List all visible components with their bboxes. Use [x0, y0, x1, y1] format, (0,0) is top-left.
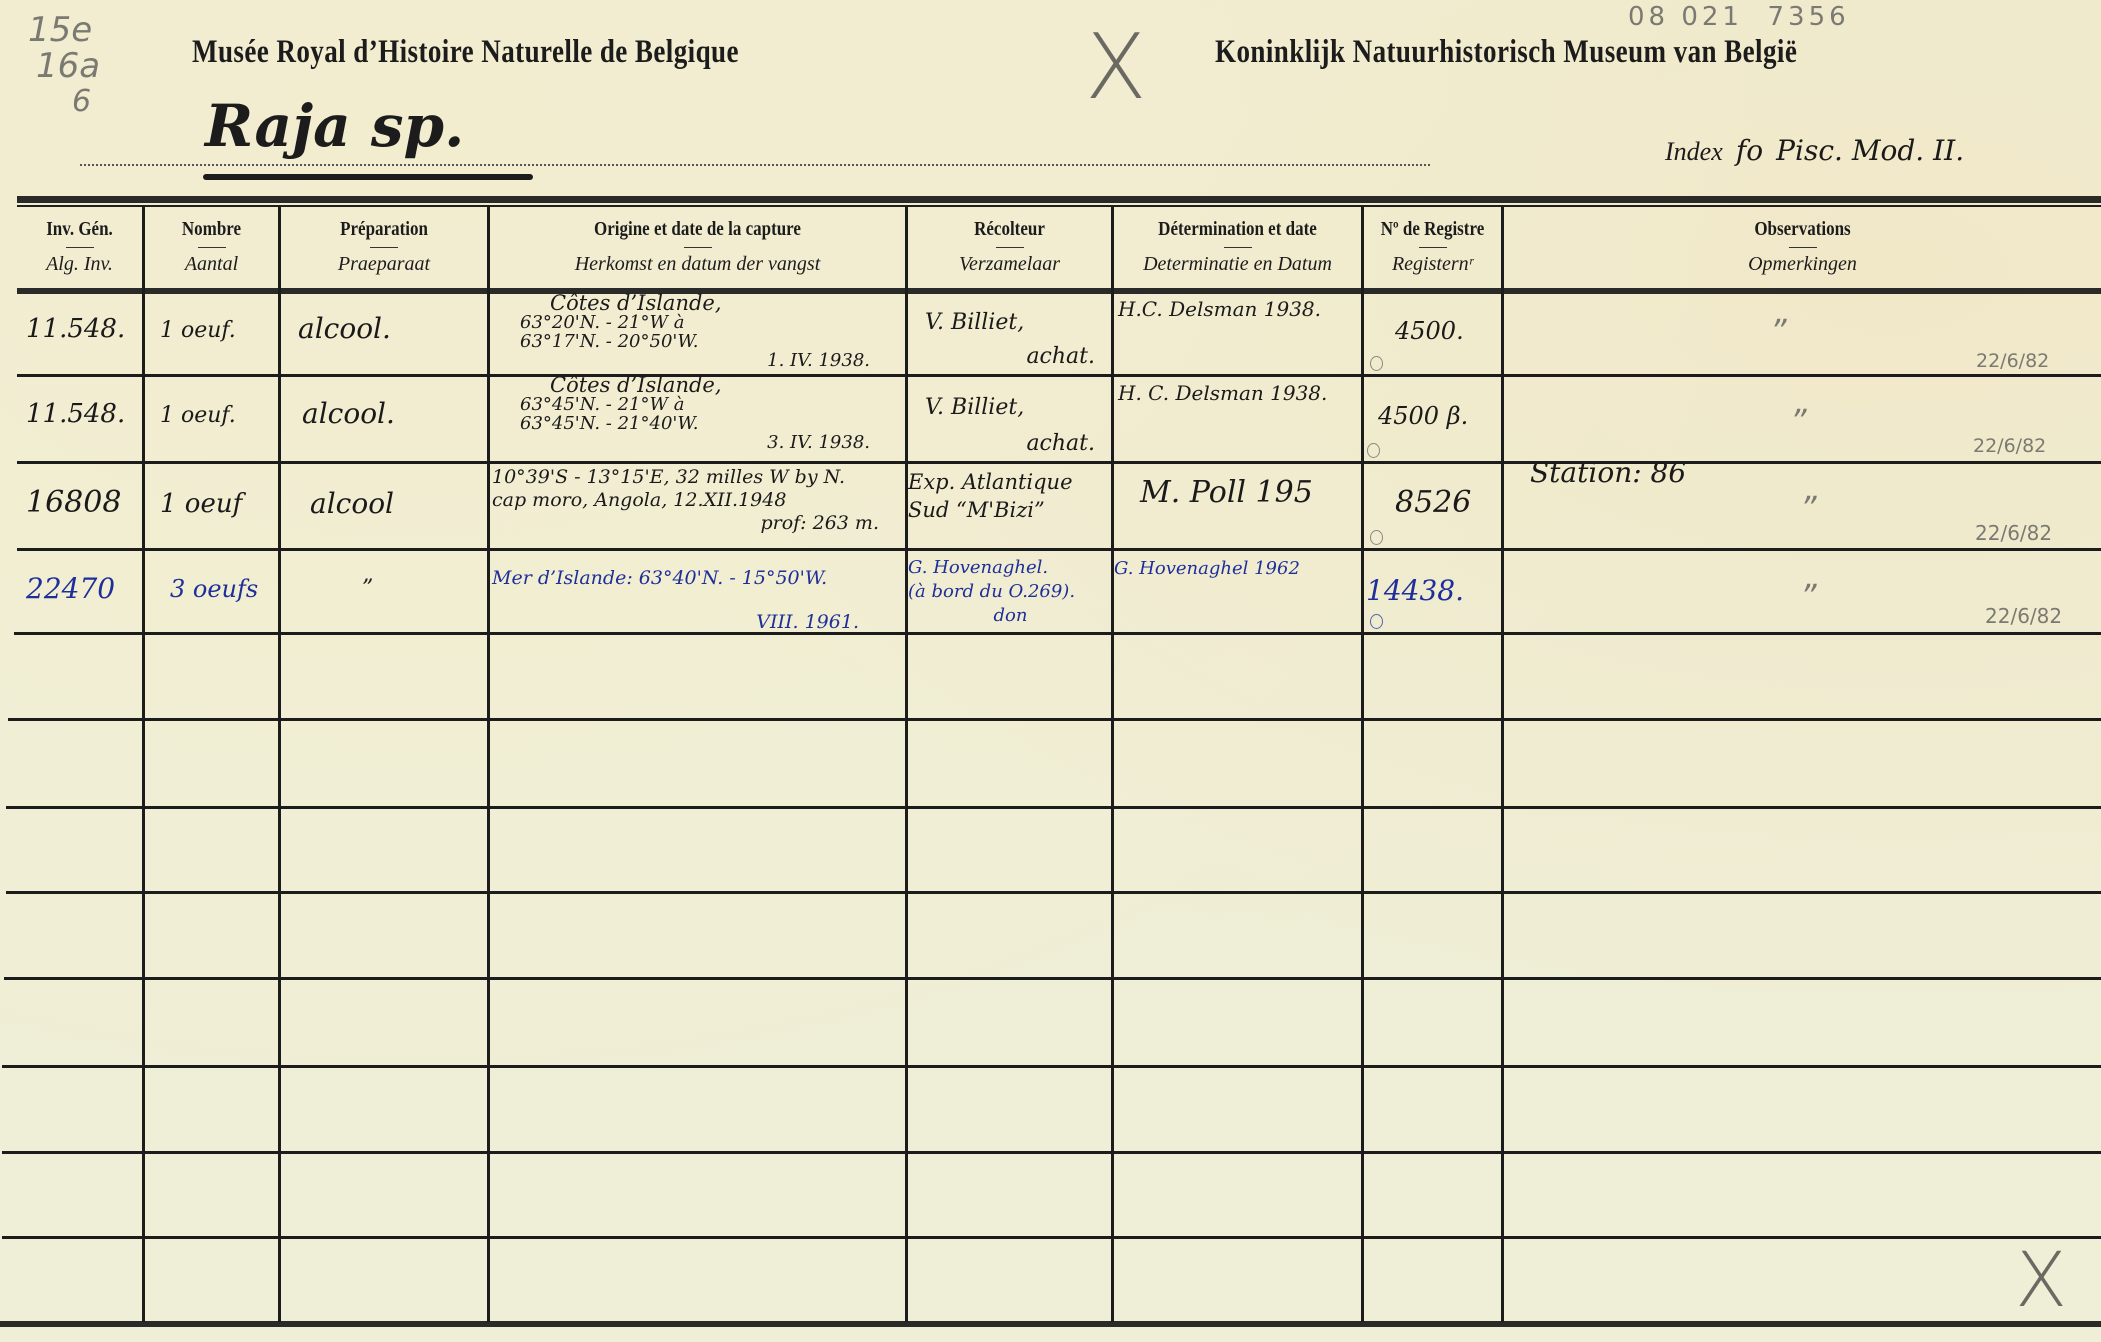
row-divider: [14, 632, 2101, 635]
row4-nombre: 3 oeufs: [170, 578, 258, 600]
column-header-nl: Praeparaat: [281, 253, 487, 276]
recolteur-line: achat.: [925, 340, 1105, 374]
pencil-note-line-2: 16a: [36, 48, 100, 84]
row1-preparation: alcool.: [298, 318, 391, 340]
column-header-nl: Herkomst en datum der vangst: [490, 253, 905, 276]
row1-nombre: 1 oeuf.: [160, 320, 236, 342]
index-field: Index fo Pisc. Mod. II.: [1665, 134, 1964, 167]
header-dash: [1224, 247, 1252, 248]
column-header-origine: Origine et date de la capture Herkomst e…: [490, 218, 905, 276]
pencil-note-top-left: 15e 16a 6: [22, 12, 100, 120]
index-prefix: fo: [1736, 134, 1763, 167]
row-divider: [17, 548, 2101, 551]
row3-inv: 16808: [26, 492, 121, 514]
column-header-nl: Alg. Inv.: [17, 253, 142, 276]
cross-mark-top: X: [1085, 15, 1147, 120]
header-dash: [370, 247, 398, 248]
row3-check-date: 22/6/82: [1975, 522, 2052, 544]
column-divider: [1361, 207, 1364, 1322]
row3-nombre: 1 oeuf: [160, 493, 242, 515]
index-label: Index: [1665, 137, 1723, 166]
recolteur-line: Exp. Atlantique: [908, 468, 1113, 496]
index-value: Pisc. Mod. II.: [1776, 134, 1964, 167]
recolteur-line: V. Billiet,: [925, 306, 1105, 340]
row2-determination: H. C. Delsman 1938.: [1118, 382, 1327, 404]
row4-ditto: ”: [1800, 585, 1817, 607]
row2-recolteur: V. Billiet, achat.: [925, 390, 1105, 462]
column-divider: [1501, 207, 1504, 1322]
header-dash: [996, 247, 1024, 248]
origine-line: prof: 263 m.: [492, 512, 904, 535]
row4-registre: 14438.: [1366, 580, 1464, 602]
origine-line: 63°20'N. - 21°W à: [520, 313, 890, 332]
row-divider: [4, 977, 2101, 980]
row2-ditto: ”: [1790, 410, 1807, 432]
pencil-note-line-3: 6: [72, 84, 100, 120]
origine-line: Côtes d’Islande,: [550, 376, 890, 395]
row4-preparation: ”: [362, 578, 373, 600]
row-divider: [2, 1065, 2101, 1068]
origine-line: Mer d’Islande: 63°40'N. - 15°50'W.: [492, 556, 904, 600]
recolteur-line: G. Hovenaghel.: [908, 556, 1113, 580]
row1-ditto: ”: [1770, 320, 1787, 342]
recolteur-line: V. Billiet,: [925, 390, 1105, 426]
row-divider: [2, 1151, 2101, 1154]
column-header-observations: Observations Opmerkingen: [1504, 218, 2101, 276]
row2-check-date: 22/6/82: [1973, 435, 2046, 457]
origine-line: 63°45'N. - 21°W à: [520, 395, 890, 414]
row-divider: [17, 374, 2101, 377]
row3-determination: M. Poll 195: [1140, 482, 1313, 504]
column-header-nl: Opmerkingen: [1504, 253, 2101, 276]
origine-line: 1. IV. 1938.: [520, 351, 890, 370]
origine-line: 63°45'N. - 21°40'W.: [520, 414, 890, 433]
header-dash: [1789, 247, 1817, 248]
column-header-nl: Registernʳ: [1364, 253, 1501, 276]
column-divider: [142, 207, 145, 1322]
column-header-fr: Préparation: [296, 218, 471, 241]
column-header-recolteur: Récolteur Verzamelaar: [908, 218, 1111, 276]
origine-line: Côtes d’Islande,: [550, 294, 890, 313]
column-header-inv: Inv. Gén. Alg. Inv.: [17, 218, 142, 276]
species-name: Raja sp.: [205, 92, 464, 160]
header-dash: [684, 247, 712, 248]
table-top-rule: [17, 196, 2101, 203]
row2-origine: Côtes d’Islande, 63°45'N. - 21°W à 63°45…: [520, 376, 890, 452]
pencil-circle-mark: [1367, 443, 1380, 458]
column-header-fr: Détermination et date: [1133, 218, 1343, 241]
origine-line: 63°17'N. - 20°50'W.: [520, 332, 890, 351]
row4-inv: 22470: [26, 578, 115, 600]
header-dash: [198, 247, 226, 248]
origine-line: 10°39'S - 13°15'E, 32 milles W by N.: [492, 466, 904, 489]
row1-origine: Côtes d’Islande, 63°20'N. - 21°W à 63°17…: [520, 294, 890, 370]
row3-preparation: alcool: [310, 493, 394, 515]
row1-check-date: 22/6/82: [1976, 350, 2049, 372]
row-divider: [8, 718, 2101, 721]
origine-line: VIII. 1961.: [492, 600, 904, 644]
row3-recolteur: Exp. Atlantique Sud “M'Bizi”: [908, 468, 1113, 524]
column-header-fr: Récolteur: [923, 218, 1096, 241]
row3-origine: 10°39'S - 13°15'E, 32 milles W by N. cap…: [492, 466, 904, 535]
pencil-circle-mark: [1370, 356, 1383, 371]
header-dash: [66, 247, 94, 248]
column-divider: [905, 207, 908, 1322]
column-header-fr: Nombre: [155, 218, 268, 241]
row4-origine: Mer d’Islande: 63°40'N. - 15°50'W. VIII.…: [492, 556, 904, 644]
row2-inv: 11.548.: [26, 403, 125, 425]
row2-registre: 4500 β.: [1378, 405, 1468, 427]
column-header-nl: Determinatie en Datum: [1114, 253, 1361, 276]
column-divider: [1111, 207, 1114, 1322]
row4-determination: G. Hovenaghel 1962: [1114, 558, 1300, 580]
row1-determination: H.C. Delsman 1938.: [1118, 298, 1321, 320]
column-header-fr: Inv. Gén.: [26, 218, 132, 241]
pencil-circle-mark: [1370, 614, 1383, 629]
row-divider: [6, 891, 2101, 894]
species-dotted-line: [80, 164, 1430, 166]
table-bottom-rule: [0, 1321, 2101, 1327]
row3-registre: 8526: [1395, 492, 1471, 514]
column-header-fr: Observations: [1549, 218, 2056, 241]
column-header-determination: Détermination et date Determinatie en Da…: [1114, 218, 1361, 276]
recolteur-line: don: [908, 604, 1113, 628]
row2-nombre: 1 oeuf.: [160, 405, 236, 427]
column-header-nl: Verzamelaar: [908, 253, 1111, 276]
column-header-fr: Nº de Registre: [1374, 218, 1490, 241]
origine-line: cap moro, Angola, 12.XII.1948: [492, 489, 904, 512]
row3-observations: Station: 86: [1530, 462, 1686, 484]
header-bottom-rule: [17, 288, 2101, 294]
column-divider: [487, 207, 490, 1322]
row-divider: [2, 1236, 2101, 1239]
institution-title-nl: Koninklijk Natuurhistorisch Museum van B…: [1215, 34, 1797, 71]
row-divider: [6, 806, 2101, 809]
row1-inv: 11.548.: [26, 318, 125, 340]
pencil-catalog-number: 08 021 7356: [1628, 2, 1850, 32]
header-dash: [1419, 247, 1447, 248]
recolteur-line: Sud “M'Bizi”: [908, 496, 1113, 524]
row1-registre: 4500.: [1395, 320, 1464, 342]
row1-recolteur: V. Billiet, achat.: [925, 306, 1105, 374]
pencil-note-line-1: 15e: [28, 12, 100, 48]
recolteur-line: (à bord du O.269).: [908, 580, 1113, 604]
cross-mark-bottom: X: [2015, 1235, 2067, 1324]
column-header-fr: Origine et date de la capture: [521, 218, 874, 241]
row3-ditto: ”: [1800, 497, 1817, 519]
row4-recolteur: G. Hovenaghel. (à bord du O.269). don: [908, 556, 1113, 628]
column-header-nombre: Nombre Aantal: [145, 218, 278, 276]
table-top-rule-thin: [17, 205, 2101, 207]
column-divider: [278, 207, 281, 1322]
column-header-registre: Nº de Registre Registernʳ: [1364, 218, 1501, 276]
recolteur-line: achat.: [925, 426, 1105, 462]
species-underline: [203, 174, 533, 180]
origine-line: 3. IV. 1938.: [520, 433, 890, 452]
row2-preparation: alcool.: [302, 403, 395, 425]
column-header-preparation: Préparation Praeparaat: [281, 218, 487, 276]
column-header-nl: Aantal: [145, 253, 278, 276]
institution-title-fr: Musée Royal d’Histoire Naturelle de Belg…: [192, 34, 739, 71]
row4-check-date: 22/6/82: [1985, 605, 2062, 627]
pencil-circle-mark: [1370, 530, 1383, 545]
